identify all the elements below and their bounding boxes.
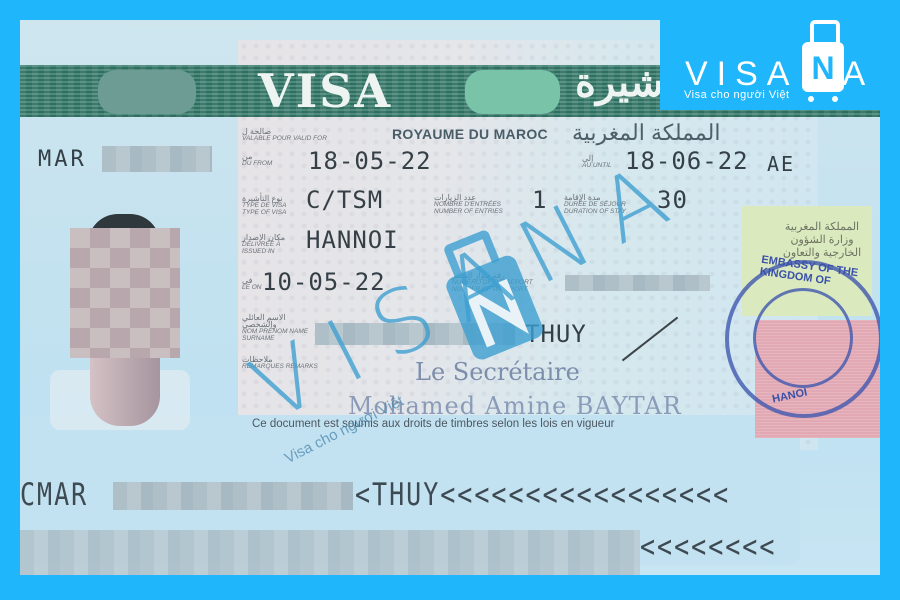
suitcase-icon: N — [802, 20, 844, 102]
signature-title: Le Secrétaire — [415, 358, 580, 386]
holder-photo — [50, 210, 170, 425]
value-issued-in: HANNOI — [306, 226, 399, 254]
band-cartouche-left — [98, 70, 196, 114]
revenue-stamp-text: المملكة المغربية وزارة الشؤون الخارجية و… — [782, 220, 862, 259]
mrz-line-1-prefix: CMAR — [20, 476, 88, 512]
redacted-mrz-line-1 — [113, 482, 353, 510]
label-from: منDU FROM — [242, 153, 272, 167]
label-valid-for: صالحة لVALABLE POUR VALID FOR — [242, 128, 327, 142]
label-on: فيLE ON — [242, 277, 262, 291]
label-issued-in: مكان الإصدارDÉLIVRÉE À ISSUED IN — [242, 234, 302, 255]
pixelated-face — [70, 228, 180, 358]
visa-header-word: VISA — [258, 64, 392, 118]
logo-tagline: Visa cho người Việt — [684, 89, 790, 101]
value-from: 18-05-22 — [308, 147, 432, 175]
issuer-name: ROYAUME DU MAROC — [392, 126, 548, 142]
redacted-name-top — [102, 146, 212, 172]
label-type: نوع التأشيرةTYPE DE VISA TYPE OF VISA — [242, 195, 302, 216]
mrz-line-2-suffix: <<<<<<<< — [640, 528, 776, 564]
redacted-mrz-line-2 — [20, 530, 640, 575]
band-cartouche-right — [465, 70, 560, 114]
value-type: C/TSM — [306, 186, 383, 214]
holder-name-top: MAR — [38, 147, 87, 172]
visa-category-code: AE — [767, 152, 795, 176]
mrz-line-1-suffix: <THUY<<<<<<<<<<<<<<<<< — [355, 476, 730, 512]
visana-logo: VISAA N Visa cho người Việt — [660, 0, 900, 110]
